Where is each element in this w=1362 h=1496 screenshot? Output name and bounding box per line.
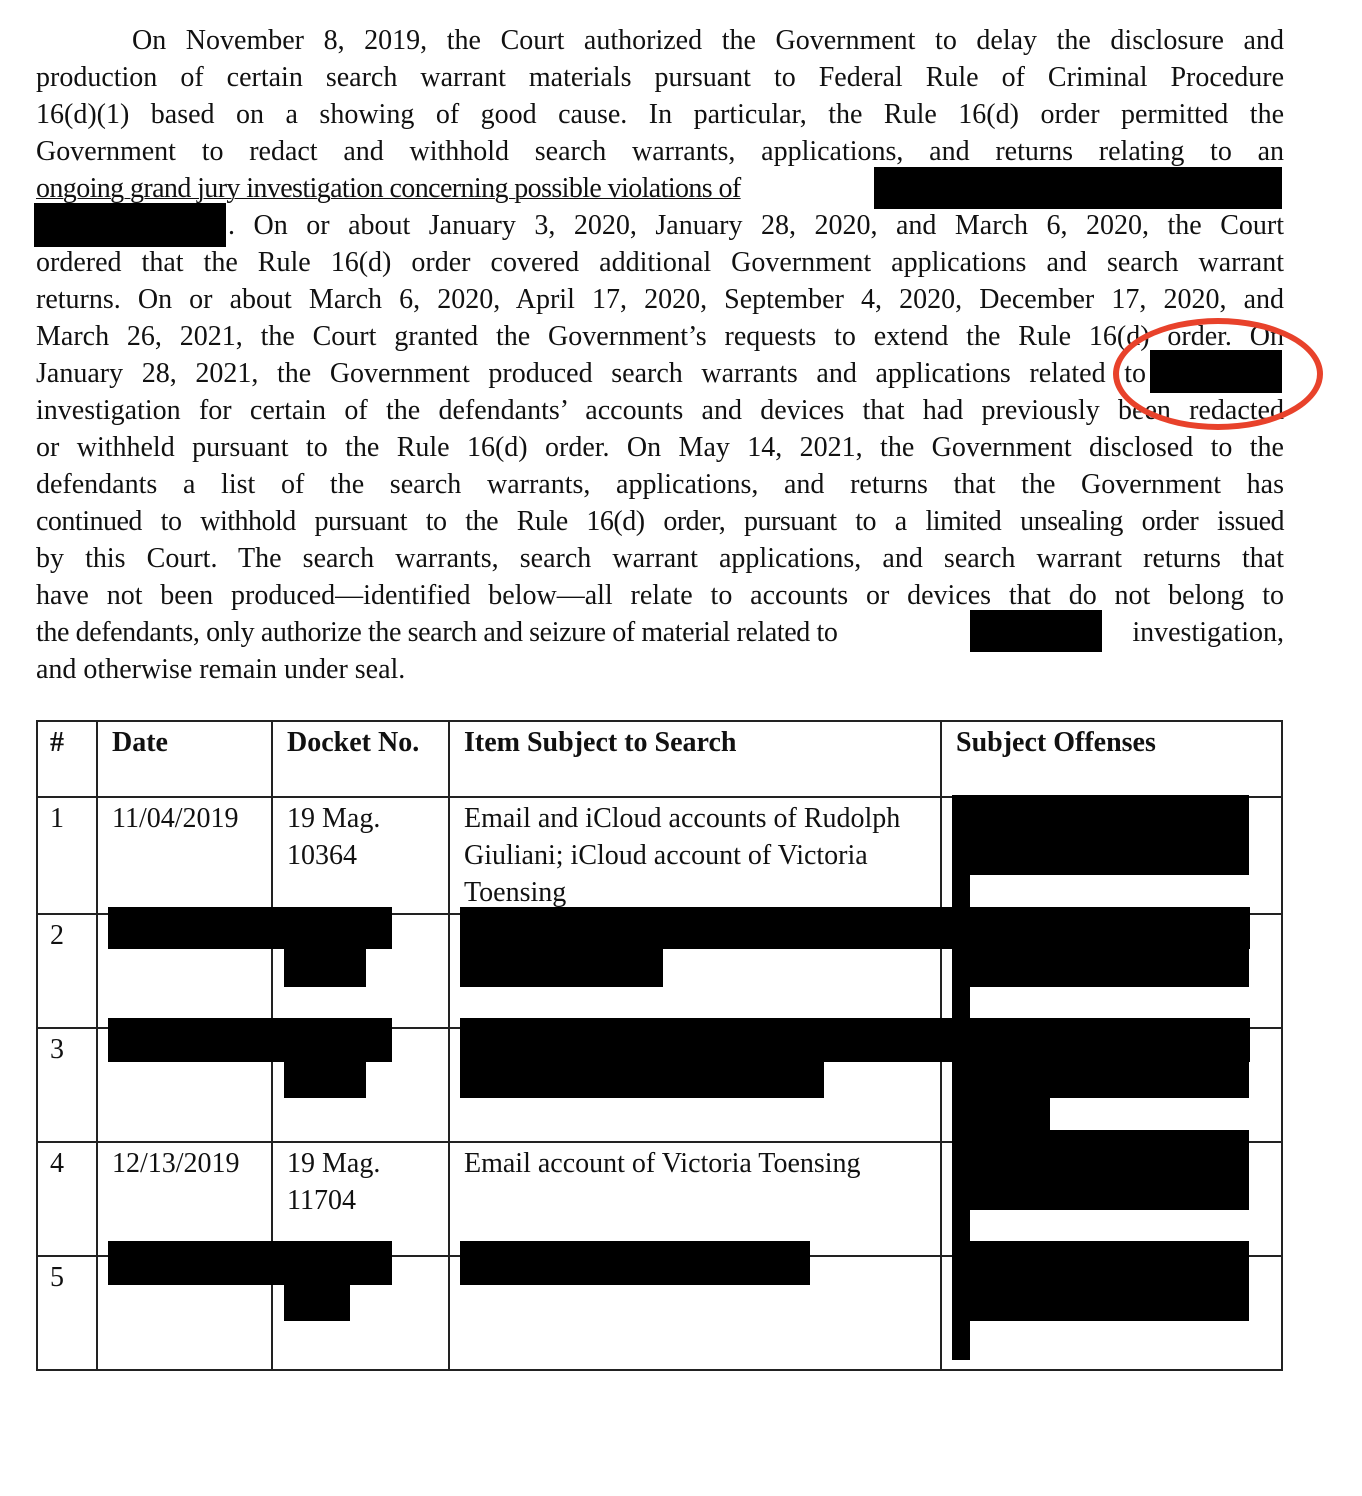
header-docket: Docket No. [272, 721, 449, 797]
redaction-box [284, 1018, 366, 1098]
redaction-box [952, 1130, 1249, 1210]
cell-docket: 19 Mag. 10364 [272, 797, 449, 914]
redaction-box [284, 907, 366, 987]
redaction-box [952, 795, 1249, 875]
paragraph-line: 16(d)(1) based on a showing of good caus… [36, 96, 1284, 133]
cell-num: 5 [37, 1256, 97, 1370]
header-offenses: Subject Offenses [941, 721, 1282, 797]
cell-num: 1 [37, 797, 97, 914]
redaction-box [952, 1018, 1249, 1098]
cell-num: 4 [37, 1142, 97, 1256]
paragraph-line: January 28, 2021, the Government produce… [36, 355, 1146, 392]
cell-item: Email account of Victoria Toensing [449, 1142, 941, 1256]
paragraph-line: defendants a list of the search warrants… [36, 466, 1284, 503]
redaction-box [970, 610, 1102, 652]
cell-date: 12/13/2019 [97, 1142, 272, 1256]
cell-docket: 19 Mag. 11704 [272, 1142, 449, 1256]
redaction-box [284, 1241, 350, 1321]
paragraph-line: investigation for certain of the defenda… [36, 392, 1284, 429]
paragraph-line: or withheld pursuant to the Rule 16(d) o… [36, 429, 1284, 466]
header-date: Date [97, 721, 272, 797]
redaction-box [460, 1018, 824, 1098]
paragraph-line: . On or about January 3, 2020, January 2… [228, 207, 1284, 244]
cell-item: Email and iCloud accounts of Rudolph Giu… [449, 797, 941, 914]
paragraph-line: investigation, [1110, 614, 1284, 651]
paragraph-line: ordered that the Rule 16(d) order covere… [36, 244, 1284, 281]
redaction-box [460, 907, 663, 987]
paragraph-line: On November 8, 2019, the Court authorize… [132, 22, 1284, 59]
redaction-box [952, 907, 1249, 987]
paragraph-line: returns. On or about March 6, 2020, Apri… [36, 281, 1284, 318]
red-circle-annotation [1113, 318, 1323, 430]
paragraph-line: Government to redact and withhold search… [36, 133, 1284, 170]
redaction-box [874, 167, 1282, 209]
redaction-box [952, 1098, 1050, 1130]
paragraph-line: and otherwise remain under seal. [36, 651, 1284, 688]
header-num: # [37, 721, 97, 797]
paragraph-line: have not been produced—identified below—… [36, 577, 1284, 614]
paragraph-line: ongoing grand jury investigation concern… [36, 170, 876, 207]
cell-date: 11/04/2019 [97, 797, 272, 914]
cell-num: 3 [37, 1028, 97, 1142]
paragraph-line: production of certain search warrant mat… [36, 59, 1284, 96]
redaction-box [460, 1241, 810, 1285]
cell-num: 2 [37, 914, 97, 1028]
paragraph-line: the defendants, only authorize the searc… [36, 614, 966, 651]
table-header-row: # Date Docket No. Item Subject to Search… [37, 721, 1282, 797]
redaction-box [34, 203, 226, 247]
paragraph-line: March 26, 2021, the Court granted the Go… [36, 318, 1284, 355]
paragraph-line: continued to withhold pursuant to the Ru… [36, 503, 1284, 540]
redaction-box [952, 1241, 1249, 1321]
header-item: Item Subject to Search [449, 721, 941, 797]
paragraph-line: by this Court. The search warrants, sear… [36, 540, 1284, 577]
